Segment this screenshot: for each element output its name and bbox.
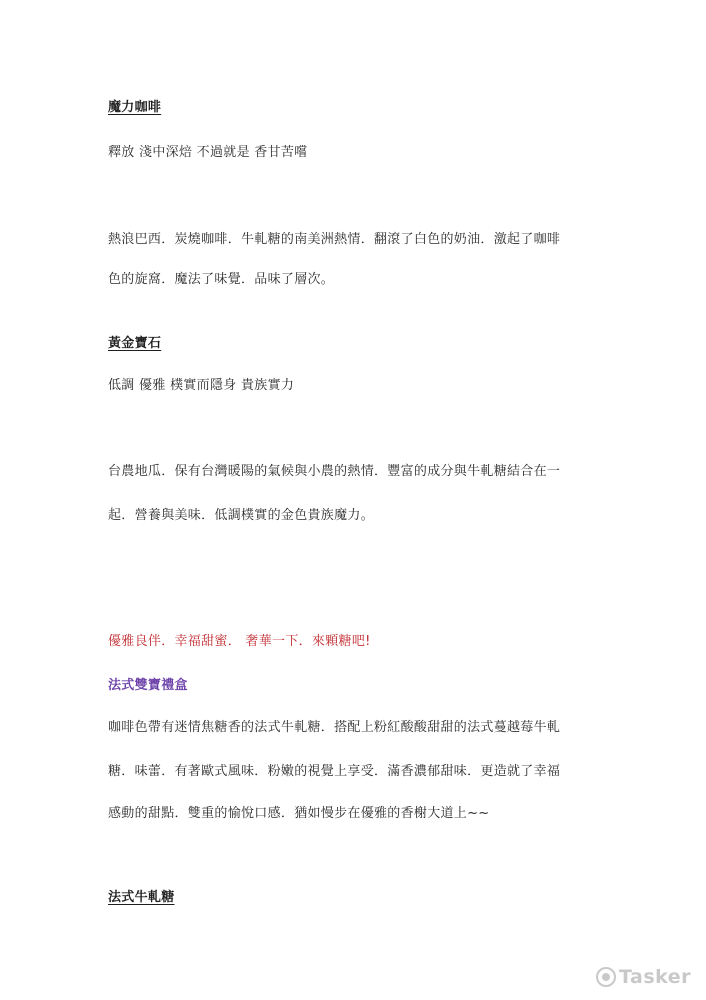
gift-box-heading: 法式雙寶禮盒: [108, 678, 188, 694]
section-tagline-golden-gem: 低調 優雅 樸實而隱身 貴族實力: [108, 378, 294, 394]
tasker-logo-icon: [596, 967, 616, 987]
body-line: 台農地瓜．保有台灣暖陽的氣候與小農的熱情．豐富的成分與牛軋糖結合在一: [108, 464, 560, 480]
body-line: 感動的甜點．雙重的愉悅口感．猶如慢步在優雅的香榭大道上~~: [108, 806, 490, 822]
slogan: 優雅良伴．幸福甜蜜． 奢華一下．來顆糖吧!: [108, 634, 371, 650]
section-heading-magic-coffee: 魔力咖啡: [108, 100, 161, 116]
body-line: 熱浪巴西．炭燒咖啡．牛軋糖的南美洲熱情．翻滾了白色的奶油．激起了咖啡: [108, 232, 560, 248]
body-line: 起．營養與美味．低調樸實的金色貴族魔力。: [108, 508, 374, 524]
body-line: 色的旋窩．魔法了味覺．品味了層次。: [108, 272, 334, 288]
tasker-watermark: Tasker: [596, 966, 691, 988]
body-line: 咖啡色帶有迷情焦糖香的法式牛軋糖．搭配上粉紅酸酸甜甜的法式蔓越莓牛軋: [108, 720, 560, 736]
section-heading-golden-gem: 黃金寶石: [108, 336, 161, 352]
body-line: 糖．味蕾．有著歐式風味．粉嫩的視覺上享受．滿香濃郁甜味．更造就了幸福: [108, 764, 560, 780]
section-tagline-magic-coffee: 釋放 淺中深焙 不過就是 香甘苦嚐: [108, 145, 308, 161]
section-heading-french-nougat: 法式牛軋糖: [108, 890, 175, 906]
watermark-text: Tasker: [619, 966, 691, 988]
